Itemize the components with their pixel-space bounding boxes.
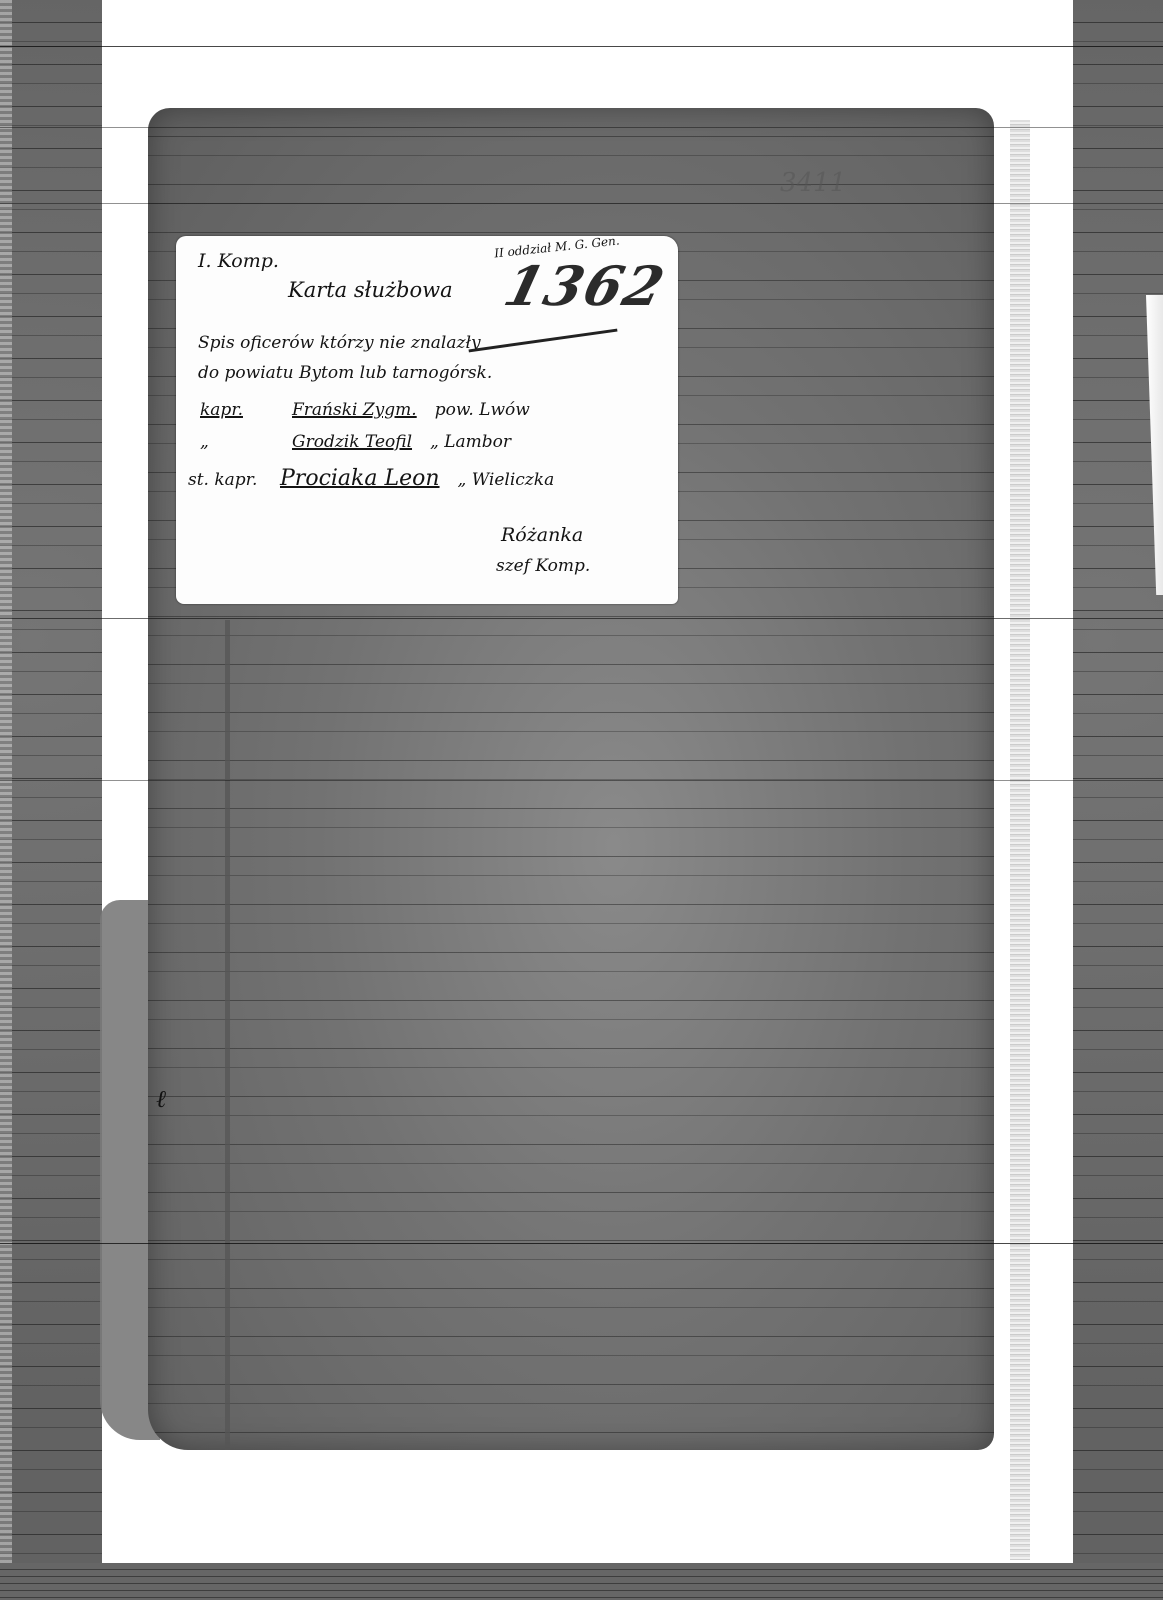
entry-name: Frański Zygm. xyxy=(292,400,417,420)
service-card: I. Komp. II oddział M. G. Gen. 1362 Kart… xyxy=(176,236,678,604)
entry-location: „ Lambor xyxy=(430,432,511,452)
strikethrough-mark xyxy=(469,329,618,353)
scan-line xyxy=(0,780,1163,781)
margin-mark-left: ℓ xyxy=(156,1085,166,1114)
entry-name: Grodzik Teofil xyxy=(292,432,412,452)
film-border-bottom xyxy=(0,1563,1163,1600)
scan-line xyxy=(0,1243,1163,1244)
scan-line xyxy=(0,618,1163,619)
card-number: 1362 xyxy=(498,254,672,318)
entry-location: „ Wieliczka xyxy=(458,470,555,490)
card-title: Karta służbowa xyxy=(288,278,453,302)
entry-row: „Grodzik Teofil„ Lambor xyxy=(200,432,511,452)
scan-line xyxy=(0,127,1163,128)
film-border-left xyxy=(0,0,102,1600)
entry-row: st. kapr.Prociaka Leon„ Wieliczka xyxy=(188,466,554,491)
company-label: I. Komp. xyxy=(198,250,279,272)
faint-archive-number: 3411 xyxy=(780,168,846,198)
entry-name: Prociaka Leon xyxy=(280,466,440,491)
right-gutter xyxy=(1010,120,1030,1560)
description-line-1: Spis oficerów którzy nie znalazły xyxy=(198,333,481,353)
folder-spine-line xyxy=(225,620,230,1450)
scan-line xyxy=(0,46,1163,47)
entry-rank: „ xyxy=(200,432,292,452)
film-border-right xyxy=(1073,0,1163,1600)
description-line-2: do powiatu Bytom lub tarnogórsk. xyxy=(198,363,492,383)
entry-rank: kapr. xyxy=(200,400,292,420)
entry-row: kapr.Frański Zygm.pow. Lwów xyxy=(200,400,530,420)
entry-location: pow. Lwów xyxy=(435,400,530,420)
signature-name: Różanka xyxy=(501,524,583,546)
signature-title: szef Komp. xyxy=(496,556,590,576)
entry-rank: st. kapr. xyxy=(188,470,280,490)
scan-line xyxy=(0,203,1163,204)
